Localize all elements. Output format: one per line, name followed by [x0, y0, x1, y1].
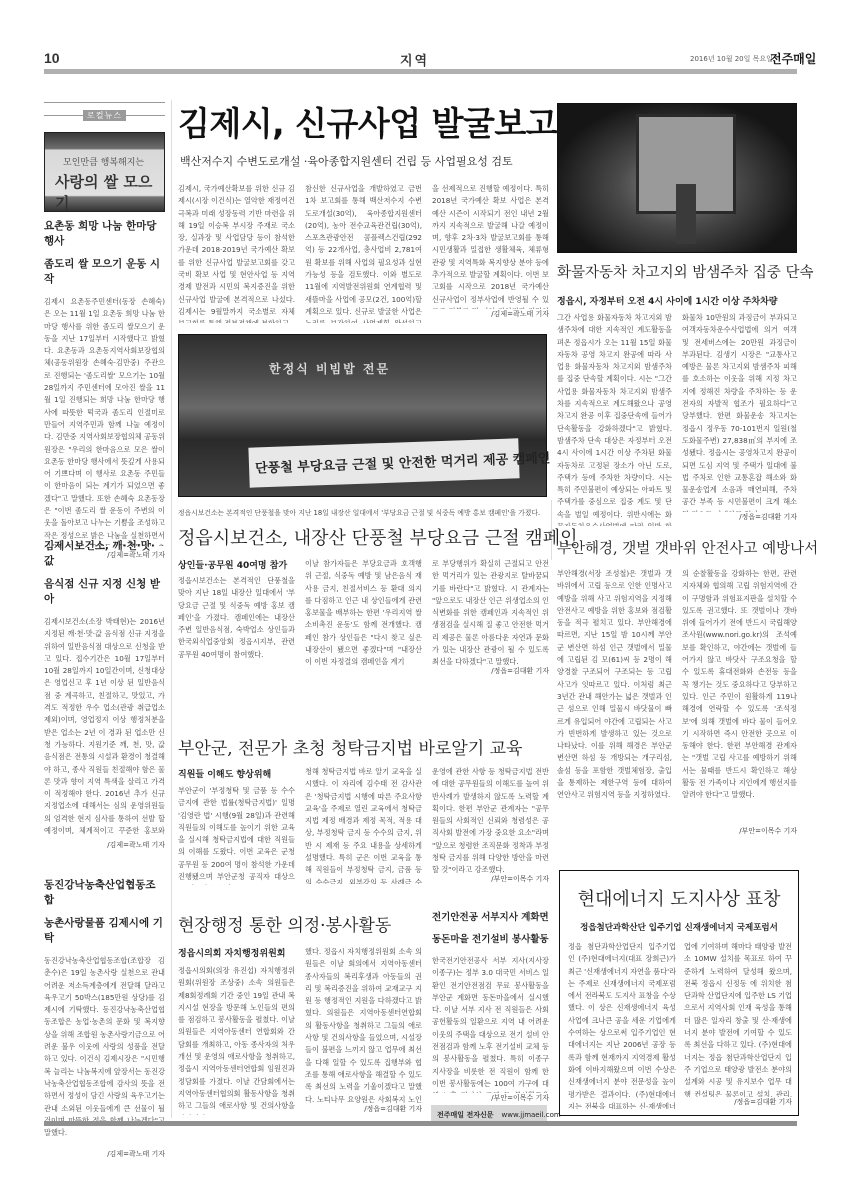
byline: /부안=이목수 기자 [432, 1093, 549, 1103]
edu-body-col1: 부안군이 '부정청탁 및 금품 등 수수금지에 관한 법률(청탁금지법)' 일명… [178, 785, 295, 885]
article-body: 동진강낙농축산업협동조합(조합장 김춘수)은 19일 농촌사랑 실천으로 관내 … [44, 955, 165, 1145]
truck-parking-photo [557, 103, 797, 253]
article-body: 김제시보건소(소장 박태현)는 2016년 지정된 깨·천·맛·값 음식점 신규… [44, 616, 165, 836]
byline: /정읍=김대환 기자 [682, 512, 797, 522]
e-newspaper-label: 전주매일 전자신문 [437, 1111, 494, 1119]
column-divider [171, 100, 172, 1118]
council-headline: 현장행정 통한 의정·봉사활동 [178, 911, 391, 936]
edu-body-col3: 운영에 관한 사항 등 청탁금지법 전반에 대한 공무원들의 이해도를 높여 위… [432, 766, 549, 874]
coast-headline: 부안해경, 갯벌 갯바위 안전사고 예방나서 [557, 537, 818, 558]
campaign-body-col2: 이날 참가자들은 부당요금과 호객행위 근절, 식중독 예방 및 남은음식 재사… [305, 558, 422, 678]
edu-col3: 운영에 관한 사항 등 청탁금지법 전반에 대한 공무원들의 이해도를 높여 위… [432, 766, 549, 884]
article-body: 한국전기안전공사 서부 지사(지사장 이종구)는 정부 3.0 대국민 서비스 … [432, 955, 549, 1093]
article-kesco: 전기안전공 서부지사 계화면 동돈마을 전기설비 봉사활동 한국전기안전공사 서… [432, 909, 549, 1103]
local-news-label: 로컬뉴스 [44, 102, 165, 116]
energy-subheadline: 정읍첨단과학산단 입주기업 신재생에너지 국제포럼서 [560, 921, 798, 933]
article-subheadline: 좀도리 쌀 모으기 운동 시작 [44, 256, 165, 286]
main-article-body-col1: 김제시, 국가예산확보를 위한 신규 김제시(시장 이건식)는 열악한 재정여건… [178, 183, 295, 323]
article-subheadline: 동돈마을 전기설비 봉사활동 [432, 931, 549, 945]
article-dongjin-coop: 동진강낙농축산업협동조합 농촌사랑물품 김제시에 기탁 동진강낙농축산업협동조합… [44, 877, 165, 1159]
photo-caption: 정읍시보건소는 본격적인 단풍철을 맞아 지난 18일 내장산 일대에서 '부당… [178, 507, 547, 517]
top-rule [44, 69, 797, 74]
truck-col2: 화물차 10만원의 과징금이 부과되고 여객자동차운수사업법에 의거 여객 및 … [682, 312, 797, 522]
issue-date: 2016년 10월 20일 목요일 [690, 54, 773, 64]
campaign-banner: 단풍철 부당요금 근절 및 안전한 먹거리 제공 캠페인 [248, 438, 519, 487]
coast-body-col2: 의 순찰활동을 강화하는 한편, 관련 지자체와 협의해 고립 위험지역에 간이… [682, 568, 797, 826]
byline: /김제=곽노태 기자 [432, 309, 549, 319]
article-yochon: 요촌동 희망 나눔 한마당 행사 좀도리 쌀 모으기 운동 시작 김제시 요촌동… [44, 218, 165, 560]
energy-body-col1: 정읍 첨단과학산업단지 입주기업인 (주)현대에너지(대표 장희근)가 최근 '… [568, 941, 676, 1109]
campaign-subheadline: 상인들·공무원 40여명 참가 [178, 558, 287, 571]
truck-headline: 화물자동차 차고지외 밤샘주차 집중 단속 [557, 261, 814, 282]
energy-body-col2: 업에 기여하며 해마다 태양광 발전소 10MW 설치를 목표로 하여 꾸준하게… [684, 941, 792, 1097]
coast-col2: 의 순찰활동을 강화하는 한편, 관련 지자체와 협의해 고립 위험지역에 간이… [682, 568, 797, 836]
campaign-body-col3: 로 부당행위가 확실히 근절되고 안전한 먹거리가 있는 관광지로 탈바꿈되기를… [432, 558, 549, 666]
campaign-group-photo: 한정식 비빔밥 전문 단풍철 부당요금 근절 및 안전한 먹거리 제공 캠페인 [178, 334, 547, 497]
energy-col2: 업에 기여하며 해마다 태양광 발전소 10MW 설치를 목표로 하여 꾸준하게… [684, 941, 792, 1107]
article-subheadline: 음식점 신규 지정 신청 받아 [44, 576, 165, 606]
edu-headline: 부안군, 전문가 초청 청탁금지법 바로알기 교육 [178, 734, 522, 759]
main-subheadline: 백산저수지 수변도로개설 ·육아종합지원센터 건립 등 사업필요성 검토 [180, 153, 513, 169]
council-col2: 했다. 정읍시 자치행정위원회 소속 의원들은 이날 회의에서 지역아동센터 종… [305, 946, 422, 1114]
article-body: 김제시 요촌동주민센터(동장 손혜숙)은 오는 11월 1일 요촌동 희망 나눔… [44, 296, 165, 546]
article-headline: 동진강낙농축산업협동조합 [44, 877, 165, 907]
byline: /정읍=김대환 기자 [432, 666, 549, 676]
truck-subheadline: 정읍시, 자정부터 오전 4시 사이에 1시간 이상 주차차량 [557, 294, 777, 307]
main-article-body-col3: 을 선제적으로 진행할 예정이다. 특히 2018년 국가예산 확보 사업은 본… [432, 183, 549, 309]
truck-body-col1: 그간 사업용 화물자동차 차고지외 밤샘주차에 대한 지속적인 계도활동을 펴온… [557, 312, 672, 526]
bottom-rule [44, 1121, 797, 1126]
rice-campaign-photo: 모인만큼 행복해지는 사랑의 쌀 모으기 [44, 132, 165, 212]
article-health-center: 김제시보건소, 깨·천·맛·값 음식점 신규 지정 신청 받아 김제시보건소(소… [44, 538, 165, 850]
energy-article-box: 현대에너지 도지사상 표창 정읍첨단과학산단 입주기업 신재생에너지 국제포럼서… [559, 870, 799, 1116]
council-subheadline: 정읍시의회 자치행정위원회 [178, 946, 285, 959]
campaign-col3: 로 부당행위가 확실히 근절되고 안전한 먹거리가 있는 관광지로 탈바꿈되기를… [432, 558, 549, 676]
byline: /부안=이목수 기자 [682, 826, 797, 836]
main-article-body-col2: 참신한 신규사업을 개발하였고 금번 1차 보고회를 통해 백산저수지 수변도로… [305, 183, 422, 323]
edu-subheadline: 직원들 이해도 향상위해 [178, 767, 271, 780]
byline: /부안=이목수 기자 [432, 874, 549, 884]
article-subheadline: 농촌사랑물품 김제시에 기탁 [44, 915, 165, 945]
campaign-body-col1: 정읍시보건소는 본격적인 단풍철을 맞아 지난 18일 내장산 일대에서 '부당… [178, 575, 295, 675]
energy-headline: 현대에너지 도지사상 표창 [560, 885, 798, 911]
byline: /정읍=김대환 기자 [684, 1097, 792, 1107]
council-body-col1: 정읍시의회(의장 유진섭) 자치행정위원회(위원장 조상중) 소속 의원들은 제… [178, 965, 295, 1115]
truck-body-col2: 화물차 10만원의 과징금이 부과되고 여객자동차운수사업법에 의거 여객 및 … [682, 312, 797, 512]
byline: /김제=곽노태 기자 [44, 1149, 165, 1159]
e-newspaper-url[interactable]: www.jjmaeil.com [502, 1111, 561, 1119]
council-body-col2: 했다. 정읍시 자치행정위원회 소속 의원들은 이날 회의에서 지역아동센터 종… [305, 946, 422, 1104]
main-article-col3: 을 선제적으로 진행할 예정이다. 특히 2018년 국가예산 확보 사업은 본… [432, 183, 549, 319]
byline: /정읍=김대환 기자 [305, 1104, 422, 1114]
section-title: 지역 [400, 50, 429, 69]
coast-body-col1: 부안해경(서장 조성철)은 갯벌과 갯바위에서 고립 등으로 인한 인명사고 예… [557, 568, 672, 838]
edu-body-col2: 청해 청탁금지법 바로 알기 교육을 실시했다. 이 자리에 김수태 전 감사관… [305, 766, 422, 884]
byline: /김제=곽노태 기자 [44, 840, 165, 850]
main-headline: 김제시, 신규사업 발굴보고회 [178, 98, 589, 145]
inspector-shape [676, 184, 696, 244]
article-headline: 김제시보건소, 깨·천·맛·값 [44, 538, 165, 568]
paper-name: 전주매일 [770, 50, 816, 67]
page-number: 10 [44, 50, 60, 66]
campaign-headline: 정읍시보건소, 내장산 단풍철 부당요금 근절 캠페인 [178, 524, 577, 550]
article-headline: 요촌동 희망 나눔 한마당 행사 [44, 218, 165, 248]
article-headline: 전기안전공 서부지사 계화면 [432, 909, 549, 923]
